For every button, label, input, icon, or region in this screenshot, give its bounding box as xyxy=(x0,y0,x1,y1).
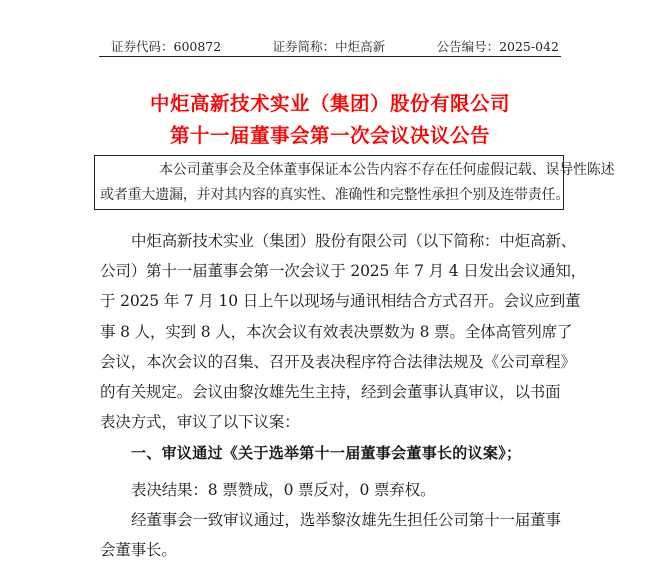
document-header: 证券代码：600872 证券简称：中炬高新 公告编号：2025-042 xyxy=(99,38,561,57)
announcement-title: 第十一届董事会第一次会议决议公告 xyxy=(0,120,660,148)
intro-line: 的有关规定。会议由黎汝雄先生主持，经到会董事认真审议，以书面 xyxy=(100,377,570,407)
intro-line: 会议，本次会议的召集、召开及表决程序符合法律法规及《公司章程》 xyxy=(100,347,570,377)
vote-result: 表决结果：8 票赞成，0 票反对，0 票弃权。 xyxy=(100,475,570,505)
company-title: 中炬高新技术实业（集团）股份有限公司 xyxy=(0,88,660,116)
disclaimer-line-2: 或者重大遗漏，并对其内容的真实性、准确性和完整性承担个别及连带责任。 xyxy=(100,183,559,208)
resolution-1-detail: 经董事会一致审议通过，选举黎汝雄先生担任公司第十一届董事 会董事长。 xyxy=(100,505,570,565)
stock-name: 证券简称：中炬高新 xyxy=(261,39,387,56)
intro-line: 公司）第十一届董事会第一次会议于 2025 年 7 月 4 日发出会议通知， xyxy=(100,256,570,286)
detail-line: 会董事长。 xyxy=(100,535,570,565)
stock-code: 证券代码：600872 xyxy=(99,39,222,56)
intro-line: 表决方式，审议了以下议案： xyxy=(100,407,570,437)
intro-line: 于 2025 年 7 月 10 日上午以现场与通讯相结合方式召开。会议应到董 xyxy=(100,286,570,316)
vote-result-text: 表决结果：8 票赞成，0 票反对，0 票弃权。 xyxy=(100,475,570,505)
resolution-1-heading: 一、审议通过《关于选举第十一届董事会董事长的议案》； xyxy=(131,443,521,463)
disclaimer-line-1: 本公司董事会及全体董事保证本公告内容不存在任何虚假记载、误导性陈述 xyxy=(100,158,559,183)
disclaimer-box: 本公司董事会及全体董事保证本公告内容不存在任何虚假记载、误导性陈述 或者重大遗漏… xyxy=(94,155,564,210)
detail-line: 经董事会一致审议通过，选举黎汝雄先生担任公司第十一届董事 xyxy=(100,505,570,535)
intro-line: 事 8 人，实到 8 人，本次会议有效表决票数为 8 票。全体高管列席了 xyxy=(100,317,570,347)
announcement-number: 公告编号：2025-042 xyxy=(425,39,561,56)
intro-paragraph: 中炬高新技术实业（集团）股份有限公司（以下简称：中炬高新、 公司）第十一届董事会… xyxy=(100,226,570,437)
intro-line: 中炬高新技术实业（集团）股份有限公司（以下简称：中炬高新、 xyxy=(100,226,570,256)
